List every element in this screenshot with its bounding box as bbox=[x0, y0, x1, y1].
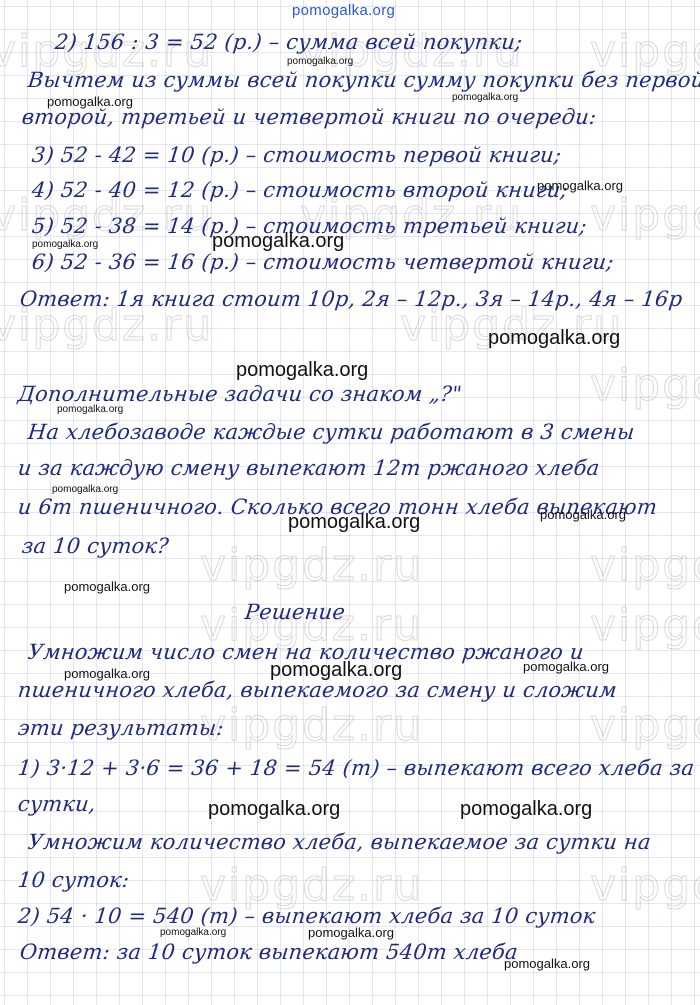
site-watermark: pomogalka.org bbox=[208, 798, 340, 821]
hw-line-1: 2) 156 : 3 = 52 (р.) – сумма всей покупк… bbox=[54, 30, 524, 54]
site-watermark: pomogalka.org bbox=[236, 359, 368, 382]
site-watermark: pomogalka.org bbox=[57, 404, 123, 415]
site-watermark: pomogalka.org bbox=[64, 579, 150, 594]
site-watermark: pomogalka.org bbox=[160, 927, 226, 938]
hw-line-2: Вычтем из суммы всей покупки сумму покуп… bbox=[27, 68, 700, 92]
hw-solution-5: сутки, bbox=[17, 792, 97, 816]
site-watermark: pomogalka.org bbox=[270, 659, 402, 682]
site-watermark: pomogalka.org bbox=[52, 484, 118, 495]
ghost-watermark: vipgdz.ru bbox=[200, 540, 423, 591]
hw-problem-2: и за каждую смену выпекают 12т ржаного х… bbox=[17, 456, 601, 480]
hw-solution-7: 10 суток: bbox=[17, 868, 131, 892]
ghost-watermark: vipgdz.ru bbox=[200, 700, 423, 751]
ghost-watermark: vipgdz.ru bbox=[590, 860, 700, 911]
site-watermark: pomogalka.org bbox=[47, 94, 133, 109]
hw-solution-6: Умножим количество хлеба, выпекаемое за … bbox=[27, 830, 652, 854]
site-watermark: pomogalka.org bbox=[523, 659, 609, 674]
site-watermark: pomogalka.org bbox=[504, 956, 590, 971]
site-watermark: pomogalka.org bbox=[32, 239, 98, 250]
hw-line-5: 4) 52 - 40 = 12 (р.) – стоимость второй … bbox=[31, 178, 569, 202]
site-watermark: pomogalka.org bbox=[488, 327, 620, 350]
hw-solution-heading: Решение bbox=[244, 600, 347, 624]
ghost-watermark: vipgdz.ru bbox=[590, 540, 700, 591]
ghost-watermark: vipgdz.ru bbox=[590, 190, 700, 241]
ghost-watermark: vipgdz.ru bbox=[590, 600, 700, 651]
hw-line-4: 3) 52 - 42 = 10 (р.) – стоимость первой … bbox=[31, 143, 563, 167]
hw-extra-heading: Дополнительные задачи со знаком „?" bbox=[17, 382, 463, 406]
site-watermark: pomogalka.org bbox=[64, 666, 150, 681]
site-watermark: pomogalka.org bbox=[212, 230, 344, 253]
hw-solution-3: эти результаты: bbox=[17, 716, 225, 740]
notebook-page: vipgdz.ru vipgdz.ru vipgdz.ru vipgdz.ru … bbox=[0, 0, 700, 1005]
hw-problem-4: за 10 суток? bbox=[21, 534, 170, 558]
hw-answer-1: Ответ: 1я книга стоит 10р, 2я – 12р., 3я… bbox=[19, 287, 684, 311]
ghost-watermark: vipgdz.ru bbox=[590, 700, 700, 751]
hw-answer-2: Ответ: за 10 суток выпекают 540т хлеба bbox=[19, 940, 519, 964]
site-watermark: pomogalka.org bbox=[537, 178, 623, 193]
hw-solution-4: 1) 3·12 + 3·6 = 36 + 18 = 54 (т) – выпек… bbox=[17, 756, 696, 780]
hw-line-7: 6) 52 - 36 = 16 (р.) – стоимость четверт… bbox=[31, 250, 615, 274]
site-link[interactable]: pomogalka.org bbox=[292, 2, 395, 19]
site-watermark: pomogalka.org bbox=[288, 511, 420, 534]
site-watermark: pomogalka.org bbox=[452, 92, 518, 103]
site-watermark: pomogalka.org bbox=[308, 925, 394, 940]
site-watermark: pomogalka.org bbox=[460, 798, 592, 821]
hw-solution-8: 2) 54 · 10 = 540 (т) – выпекают хлеба за… bbox=[17, 904, 597, 928]
site-watermark: pomogalka.org bbox=[540, 507, 626, 522]
site-watermark: pomogalka.org bbox=[287, 56, 353, 67]
ghost-watermark: vipgdz.ru bbox=[590, 360, 700, 411]
hw-problem-1: На хлебозаводе каждые сутки работают в 3… bbox=[27, 420, 636, 444]
